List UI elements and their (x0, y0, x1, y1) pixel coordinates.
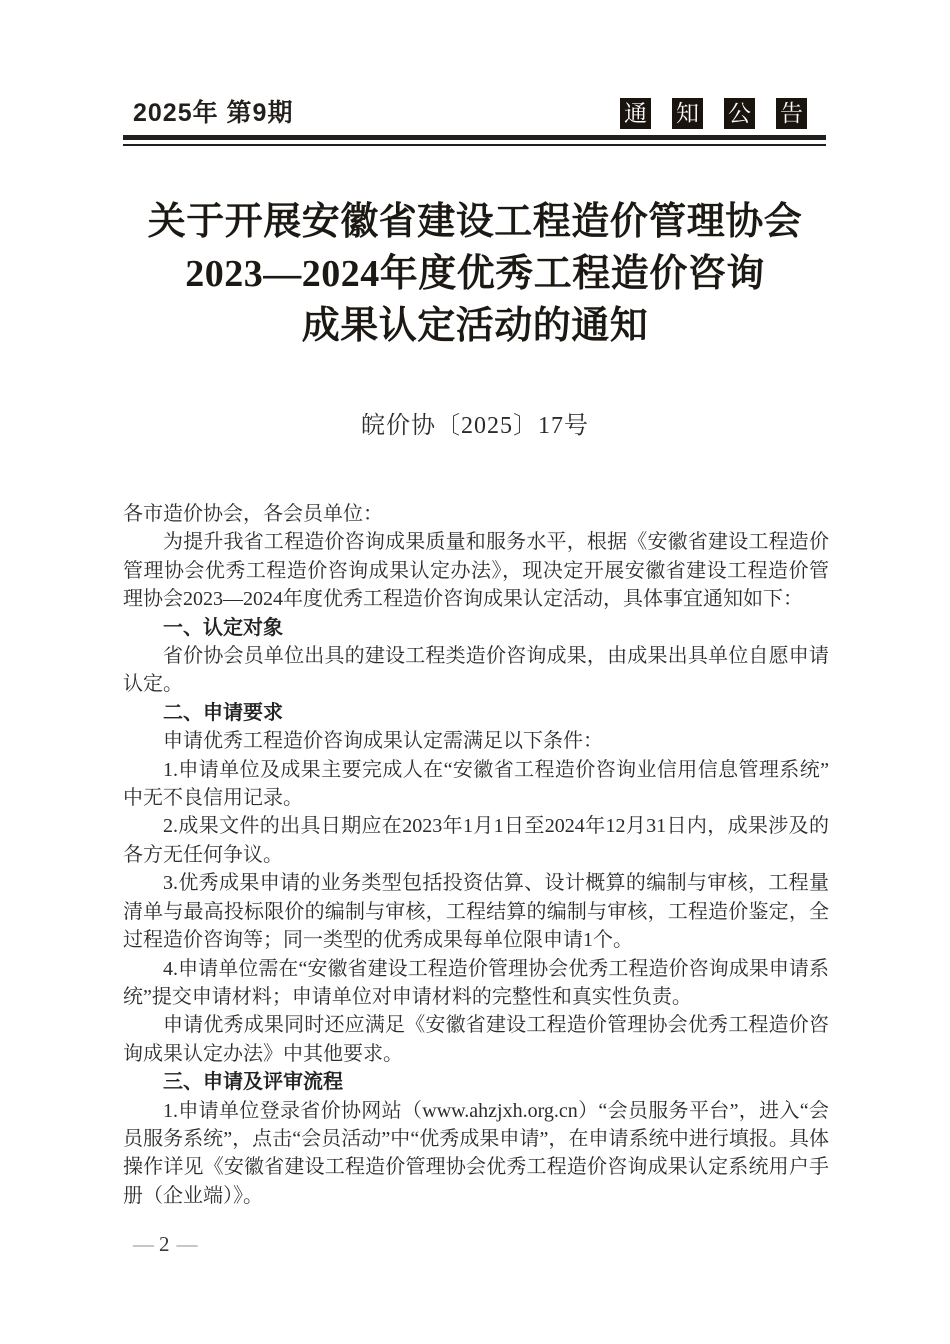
category-badges: 通 知 公 告 (620, 98, 807, 129)
doc-number: 皖价协〔2025〕17号 (0, 405, 950, 440)
page-number-dash-right: — (177, 1232, 196, 1257)
body-paragraph: 4.申请单位需在“安徽省建设工程造价管理协会优秀工程造价咨询成果申请系统”提交申… (123, 955, 829, 1012)
body-paragraph: 1.申请单位登录省价协网站（www.ahzjxh.org.cn）“会员服务平台”… (123, 1097, 829, 1211)
document-page: 2025年 第9期 通 知 公 告 关于开展安徽省建设工程造价管理协会 2023… (0, 0, 950, 1344)
header-rule-thin (123, 144, 826, 146)
category-badge: 知 (672, 98, 703, 129)
header-rule-thick (123, 135, 826, 140)
title-line: 关于开展安徽省建设工程造价管理协会 (0, 196, 950, 248)
section-heading: 三、申请及评审流程 (123, 1068, 829, 1096)
category-badge: 公 (724, 98, 755, 129)
section-heading: 一、认定对象 (123, 614, 829, 642)
notice-title: 关于开展安徽省建设工程造价管理协会 2023—2024年度优秀工程造价咨询 成果… (0, 196, 950, 352)
page-number-dash-left: — (133, 1232, 152, 1257)
section-heading: 二、申请要求 (123, 699, 829, 727)
body-paragraph: 申请优秀工程造价咨询成果认定需满足以下条件： (123, 727, 829, 755)
body-paragraph: 1.申请单位及成果主要完成人在“安徽省工程造价咨询业信用信息管理系统”中无不良信… (123, 756, 829, 813)
page-number: — 2 — (133, 1232, 196, 1257)
title-line: 2023—2024年度优秀工程造价咨询 (0, 248, 950, 300)
page-number-value: 2 (159, 1232, 170, 1257)
category-badge: 告 (776, 98, 807, 129)
body-paragraph: 3.优秀成果申请的业务类型包括投资估算、设计概算的编制与审核，工程量清单与最高投… (123, 869, 829, 954)
body-paragraph: 各市造价协会，各会员单位： (123, 500, 829, 528)
body-paragraph: 省价协会员单位出具的建设工程类造价咨询成果，由成果出具单位自愿申请认定。 (123, 642, 829, 699)
issue-label: 2025年 第9期 (133, 99, 293, 127)
body-blocks: 各市造价协会，各会员单位：为提升我省工程造价咨询成果质量和服务水平，根据《安徽省… (123, 500, 829, 1210)
category-badge: 通 (620, 98, 651, 129)
body-paragraph: 申请优秀成果同时还应满足《安徽省建设工程造价管理协会优秀工程造价咨询成果认定办法… (123, 1011, 829, 1068)
body-paragraph: 为提升我省工程造价咨询成果质量和服务水平，根据《安徽省建设工程造价管理协会优秀工… (123, 528, 829, 613)
title-line: 成果认定活动的通知 (0, 300, 950, 352)
body-paragraph: 2.成果文件的出具日期应在2023年1月1日至2024年12月31日内，成果涉及… (123, 812, 829, 869)
